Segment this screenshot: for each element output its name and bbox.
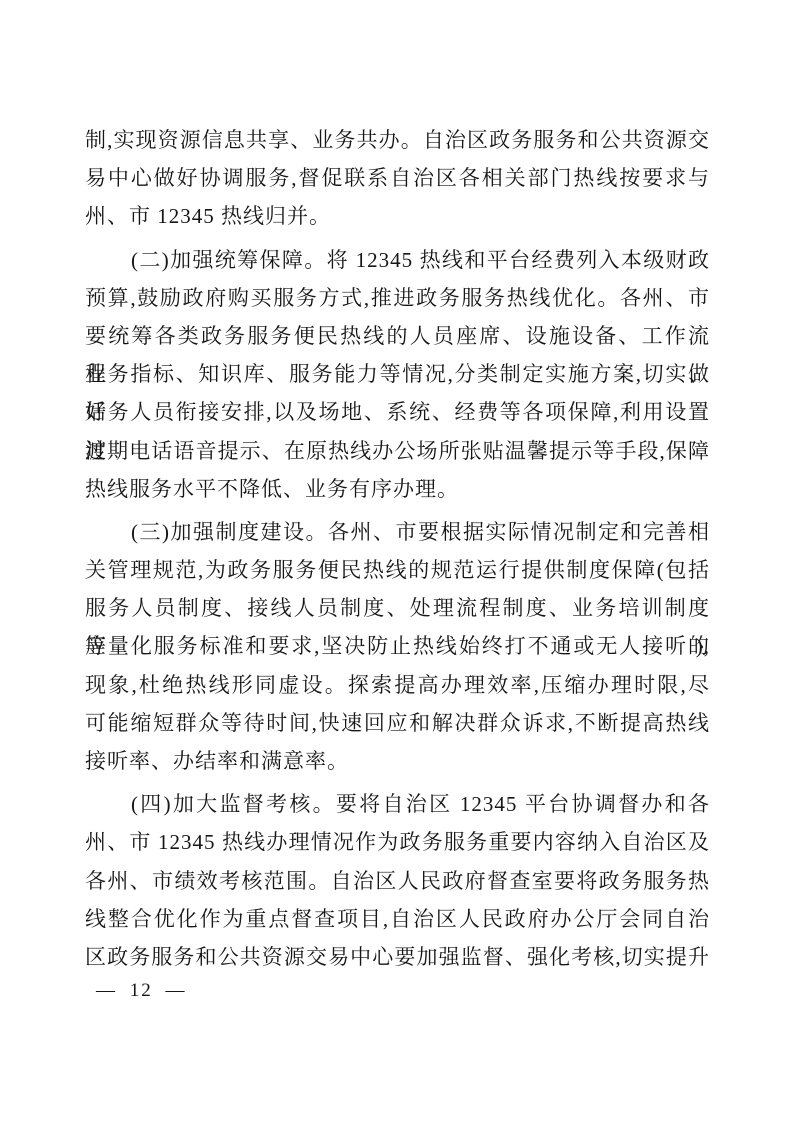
paragraph-section-2: (二)加强统筹保障。将 12345 热线和平台经费列入本级财政 预算,鼓励政府购… [85, 241, 710, 508]
text-line: 要统筹各类政务服务便民热线的人员座席、设施设备、工作流程、 [85, 317, 710, 355]
text-line: 应量化服务标准和要求,坚决防止热线始终打不通或无人接听的 [85, 627, 710, 665]
text-line: (二)加强统筹保障。将 12345 热线和平台经费列入本级财政 [85, 241, 710, 279]
text-line: 各州、市绩效考核范围。自治区人民政府督查室要将政务服务热 [85, 862, 710, 900]
paragraph-continuation: 制,实现资源信息共享、业务共办。自治区政务服务和公共资源交 易中心做好协调服务,… [85, 121, 710, 236]
text-line: (四)加大监督考核。要将自治区 12345 平台协调督办和各 [85, 785, 710, 823]
text-line: 服务人员制度、接线人员制度、处理流程制度、业务培训制度等), [85, 589, 710, 627]
text-line: 热线服务水平不降低、业务有序办理。 [85, 470, 710, 508]
document-page: 制,实现资源信息共享、业务共办。自治区政务服务和公共资源交 易中心做好协调服务,… [0, 0, 793, 1122]
text-line: 业务指标、知识库、服务能力等情况,分类制定实施方案,切实做好 [85, 355, 710, 393]
page-number-footer: — 12 — [96, 980, 187, 1002]
text-line: 易中心做好协调服务,督促联系自治区各相关部门热线按要求与 [85, 159, 710, 197]
paragraph-section-3: (三)加强制度建设。各州、市要根据实际情况制定和完善相 关管理规范,为政务服务便… [85, 513, 710, 780]
text-line: 话务人员衔接安排,以及场地、系统、经费等各项保障,利用设置过 [85, 393, 710, 431]
text-line: 渡期电话语音提示、在原热线办公场所张贴温馨提示等手段,保障 [85, 432, 710, 470]
text-line: 制,实现资源信息共享、业务共办。自治区政务服务和公共资源交 [85, 121, 710, 159]
text-line: 关管理规范,为政务服务便民热线的规范运行提供制度保障(包括 [85, 551, 710, 589]
text-line: 可能缩短群众等待时间,快速回应和解决群众诉求,不断提高热线 [85, 704, 710, 742]
text-line: 预算,鼓励政府购买服务方式,推进政务服务热线优化。各州、市 [85, 279, 710, 317]
text-line: 现象,杜绝热线形同虚设。探索提高办理效率,压缩办理时限,尽 [85, 666, 710, 704]
text-line: 接听率、办结率和满意率。 [85, 742, 710, 780]
text-line: (三)加强制度建设。各州、市要根据实际情况制定和完善相 [85, 513, 710, 551]
text-line: 线整合优化作为重点督查项目,自治区人民政府办公厅会同自治 [85, 900, 710, 938]
paragraph-section-4: (四)加大监督考核。要将自治区 12345 平台协调督办和各 州、市 12345… [85, 785, 710, 976]
text-line: 州、市 12345 热线归并。 [85, 197, 710, 235]
text-line: 州、市 12345 热线办理情况作为政务服务重要内容纳入自治区及 [85, 823, 710, 861]
text-line: 区政务服务和公共资源交易中心要加强监督、强化考核,切实提升 [85, 938, 710, 976]
document-body: 制,实现资源信息共享、业务共办。自治区政务服务和公共资源交 易中心做好协调服务,… [85, 121, 710, 976]
